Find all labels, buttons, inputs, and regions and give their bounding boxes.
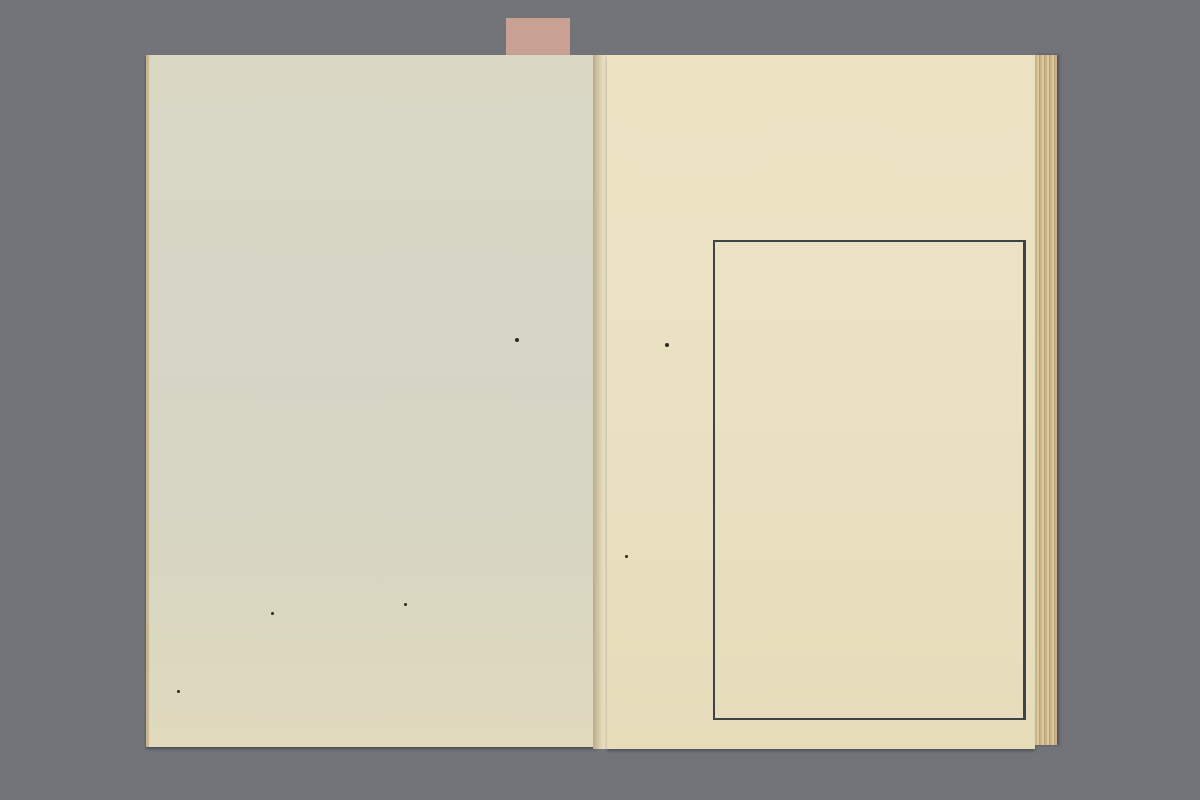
ink-speck: [271, 612, 274, 615]
ink-speck: [177, 690, 180, 693]
ink-speck: [625, 555, 628, 558]
ink-speck: [515, 338, 519, 342]
ink-speck: [404, 603, 407, 606]
text-column: [935, 252, 953, 708]
ink-speck: [665, 343, 669, 347]
text-column: [905, 252, 923, 708]
fore-edge: [1035, 55, 1057, 745]
printed-text-frame: [713, 240, 1026, 720]
left-page: [146, 55, 597, 747]
text-column: [965, 252, 983, 708]
text-column: [995, 252, 1013, 708]
text-columns: [725, 252, 1013, 708]
